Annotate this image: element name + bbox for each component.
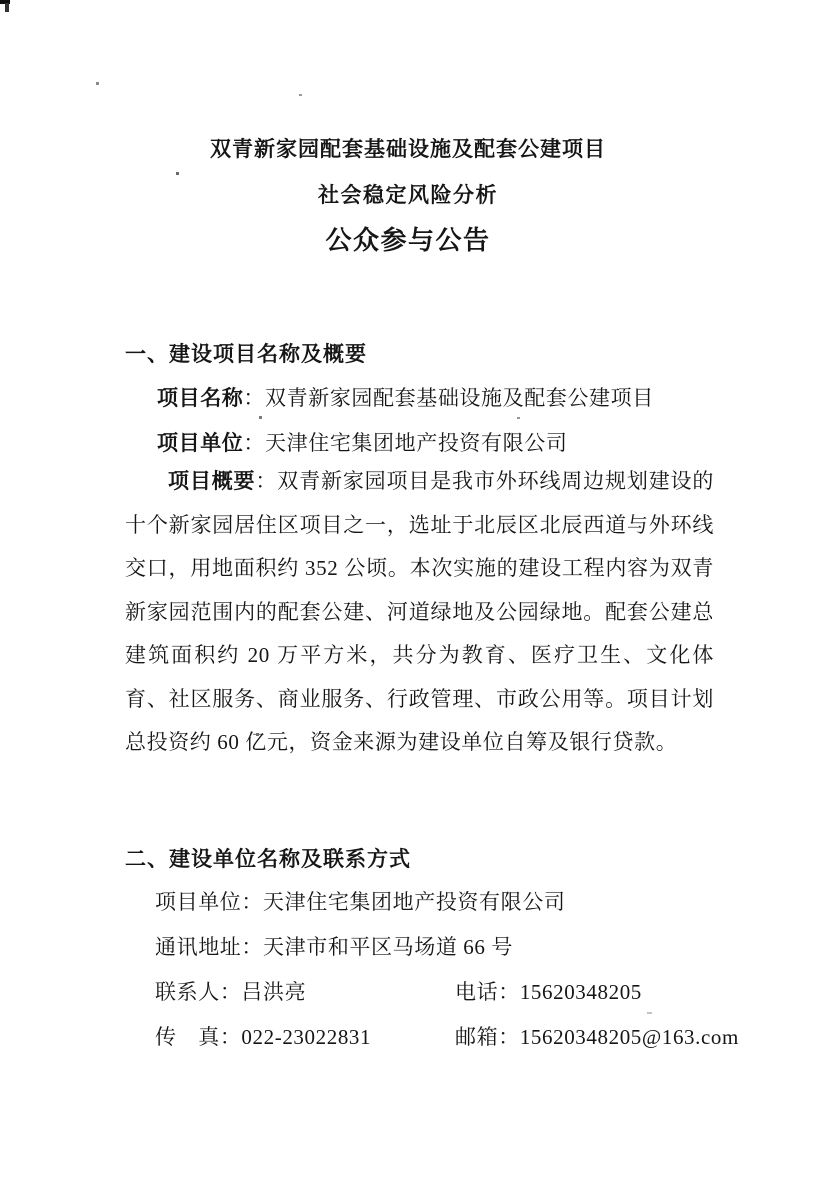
field-label: 邮箱 xyxy=(455,1025,498,1049)
field-label: 通讯地址 xyxy=(155,934,241,960)
field-colon: ： xyxy=(241,889,263,915)
field-label: 传 真 xyxy=(155,1025,220,1049)
field-value: 15620348205 xyxy=(520,980,642,1004)
section-contact-info: 二、建设单位名称及联系方式 项目单位：天津住宅集团地产投资有限公司 通讯地址：天… xyxy=(0,846,834,1050)
title-line-public-notice: 公众参与公告 xyxy=(0,224,816,258)
contact-row-unit: 项目单位：天津住宅集团地产投资有限公司 xyxy=(0,889,834,915)
scan-artifact xyxy=(96,82,99,85)
section-project-overview: 一、建设项目名称及概要 项目名称：双青新家园配套基础设施及配套公建项目 项目单位… xyxy=(0,341,834,765)
field-label: 项目单位 xyxy=(157,431,243,455)
document-page: 双青新家园配套基础设施及配套公建项目 社会稳定风险分析 公众参与公告 一、建设项… xyxy=(0,0,834,1181)
scan-artifact xyxy=(5,3,9,12)
field-value: 吕洪亮 xyxy=(241,980,306,1004)
summary-text: 双青新家园项目是我市外环线周边规划建设的十个新家园居住区项目之一，选址于北辰区北… xyxy=(125,469,714,754)
contact-row-fax-email: 传 真：022-23022831 邮箱：15620348205@163.com xyxy=(0,1024,834,1050)
scan-artifact xyxy=(176,172,179,175)
section-1-heading: 一、建设项目名称及概要 xyxy=(0,341,834,367)
scan-artifact xyxy=(259,416,262,419)
field-row-project-unit: 项目单位：天津住宅集团地产投资有限公司 xyxy=(0,430,834,456)
field-label: 项目名称 xyxy=(157,386,243,410)
summary-colon: ： xyxy=(255,469,277,493)
field-value: 15620348205@163.com xyxy=(520,1025,739,1049)
project-summary-paragraph: 项目概要：双青新家园项目是我市外环线周边规划建设的十个新家园居住区项目之一，选址… xyxy=(0,460,834,765)
contact-phone: 电话：15620348205 xyxy=(455,979,834,1005)
contact-person: 联系人：吕洪亮 xyxy=(155,979,455,1005)
contact-email: 邮箱：15620348205@163.com xyxy=(455,1024,834,1050)
scan-artifact xyxy=(517,417,520,419)
field-value: 双青新家园配套基础设施及配套公建项目 xyxy=(265,386,654,410)
document-title: 双青新家园配套基础设施及配套公建项目 社会稳定风险分析 公众参与公告 xyxy=(0,0,834,258)
title-line-risk-analysis: 社会稳定风险分析 xyxy=(0,180,816,210)
field-colon: ： xyxy=(220,980,242,1004)
field-label: 电话 xyxy=(455,980,498,1004)
scan-artifact xyxy=(647,1012,652,1014)
field-value: 022-23022831 xyxy=(241,1025,371,1049)
scan-artifact xyxy=(299,94,302,96)
scan-artifact xyxy=(256,733,259,736)
field-label: 项目单位 xyxy=(155,889,241,915)
field-colon: ： xyxy=(220,1025,242,1049)
field-colon: ： xyxy=(241,934,263,960)
field-row-project-name: 项目名称：双青新家园配套基础设施及配套公建项目 xyxy=(0,385,834,411)
contact-row-address: 通讯地址：天津市和平区马场道 66 号 xyxy=(0,934,834,960)
summary-label: 项目概要 xyxy=(168,469,255,493)
field-colon: ： xyxy=(243,386,265,410)
contact-fax: 传 真：022-23022831 xyxy=(155,1024,455,1050)
field-value: 天津住宅集团地产投资有限公司 xyxy=(263,889,565,915)
field-value: 天津市和平区马场道 66 号 xyxy=(263,934,513,960)
field-value: 天津住宅集团地产投资有限公司 xyxy=(265,431,567,455)
title-line-project: 双青新家园配套基础设施及配套公建项目 xyxy=(0,134,816,164)
field-colon: ： xyxy=(498,980,520,1004)
field-colon: ： xyxy=(243,431,265,455)
contact-row-person-phone: 联系人：吕洪亮 电话：15620348205 xyxy=(0,979,834,1005)
field-label: 联系人 xyxy=(155,980,220,1004)
field-colon: ： xyxy=(498,1025,520,1049)
section-2-heading: 二、建设单位名称及联系方式 xyxy=(0,846,834,872)
